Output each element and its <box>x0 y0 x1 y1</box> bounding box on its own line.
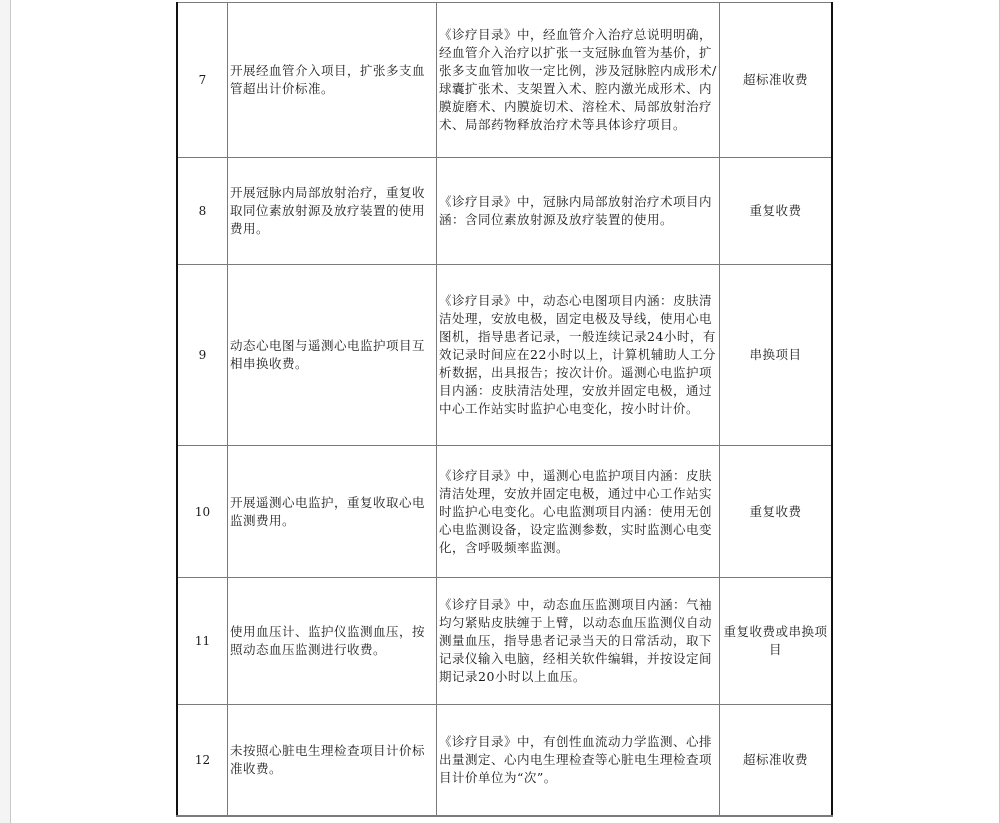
table-row: 7 开展经血管介入项目，扩张多支血管超出计价标准。 《诊疗目录》中，经血管介入治… <box>177 3 832 158</box>
row-number: 10 <box>177 446 228 578</box>
violation-type: 重复收费或串换项目 <box>720 578 833 705</box>
table-row: 8 开展冠脉内局部放射治疗，重复收取同位素放射源及放疗装置的使用费用。 《诊疗目… <box>177 158 832 265</box>
document-page: 7 开展经血管介入项目，扩张多支血管超出计价标准。 《诊疗目录》中，经血管介入治… <box>11 0 998 823</box>
violation-table: 7 开展经血管介入项目，扩张多支血管超出计价标准。 《诊疗目录》中，经血管介入治… <box>176 2 833 817</box>
violation-type: 重复收费 <box>720 446 833 578</box>
table-row: 11 使用血压计、监护仪监测血压，按照动态血压监测进行收费。 《诊疗目录》中，动… <box>177 578 832 705</box>
row-number: 11 <box>177 578 228 705</box>
issue-description: 开展遥测心电监护，重复收取心电监测费用。 <box>228 446 437 578</box>
issue-description: 动态心电图与遥测心电监护项目互相串换收费。 <box>228 265 437 446</box>
policy-basis: 《诊疗目录》中，遥测心电监护项目内涵：皮肤清洁处理，安放并固定电极，通过中心工作… <box>437 446 720 578</box>
violation-type: 串换项目 <box>720 265 833 446</box>
viewer-left-gutter <box>0 0 11 823</box>
issue-description: 开展冠脉内局部放射治疗，重复收取同位素放射源及放疗装置的使用费用。 <box>228 158 437 265</box>
violation-type: 超标准收费 <box>720 3 833 158</box>
row-number: 9 <box>177 265 228 446</box>
table-row: 10 开展遥测心电监护，重复收取心电监测费用。 《诊疗目录》中，遥测心电监护项目… <box>177 446 832 578</box>
row-number: 12 <box>177 705 228 817</box>
row-number: 8 <box>177 158 228 265</box>
issue-description: 开展经血管介入项目，扩张多支血管超出计价标准。 <box>228 3 437 158</box>
table-row: 9 动态心电图与遥测心电监护项目互相串换收费。 《诊疗目录》中，动态心电图项目内… <box>177 265 832 446</box>
policy-basis: 《诊疗目录》中，冠脉内局部放射治疗术项目内涵：含同位素放射源及放疗装置的使用。 <box>437 158 720 265</box>
violation-type: 重复收费 <box>720 158 833 265</box>
issue-description: 使用血压计、监护仪监测血压，按照动态血压监测进行收费。 <box>228 578 437 705</box>
policy-basis: 《诊疗目录》中，有创性血流动力学监测、心排出量测定、心内电生理检查等心脏电生理检… <box>437 705 720 817</box>
policy-basis: 《诊疗目录》中，动态血压监测项目内涵：气袖均匀紧贴皮肤缠于上臂，以动态血压监测仪… <box>437 578 720 705</box>
policy-basis: 《诊疗目录》中，动态心电图项目内涵：皮肤清洁处理，安放电极，固定电极及导线，使用… <box>437 265 720 446</box>
document-viewer: 7 开展经血管介入项目，扩张多支血管超出计价标准。 《诊疗目录》中，经血管介入治… <box>0 0 1000 823</box>
table-row: 12 未按照心脏电生理检查项目计价标准收费。 《诊疗目录》中，有创性血流动力学监… <box>177 705 832 817</box>
policy-basis: 《诊疗目录》中，经血管介入治疗总说明明确，经血管介入治疗以扩张一支冠脉血管为基价… <box>437 3 720 158</box>
violation-type: 超标准收费 <box>720 705 833 817</box>
issue-description: 未按照心脏电生理检查项目计价标准收费。 <box>228 705 437 817</box>
row-number: 7 <box>177 3 228 158</box>
